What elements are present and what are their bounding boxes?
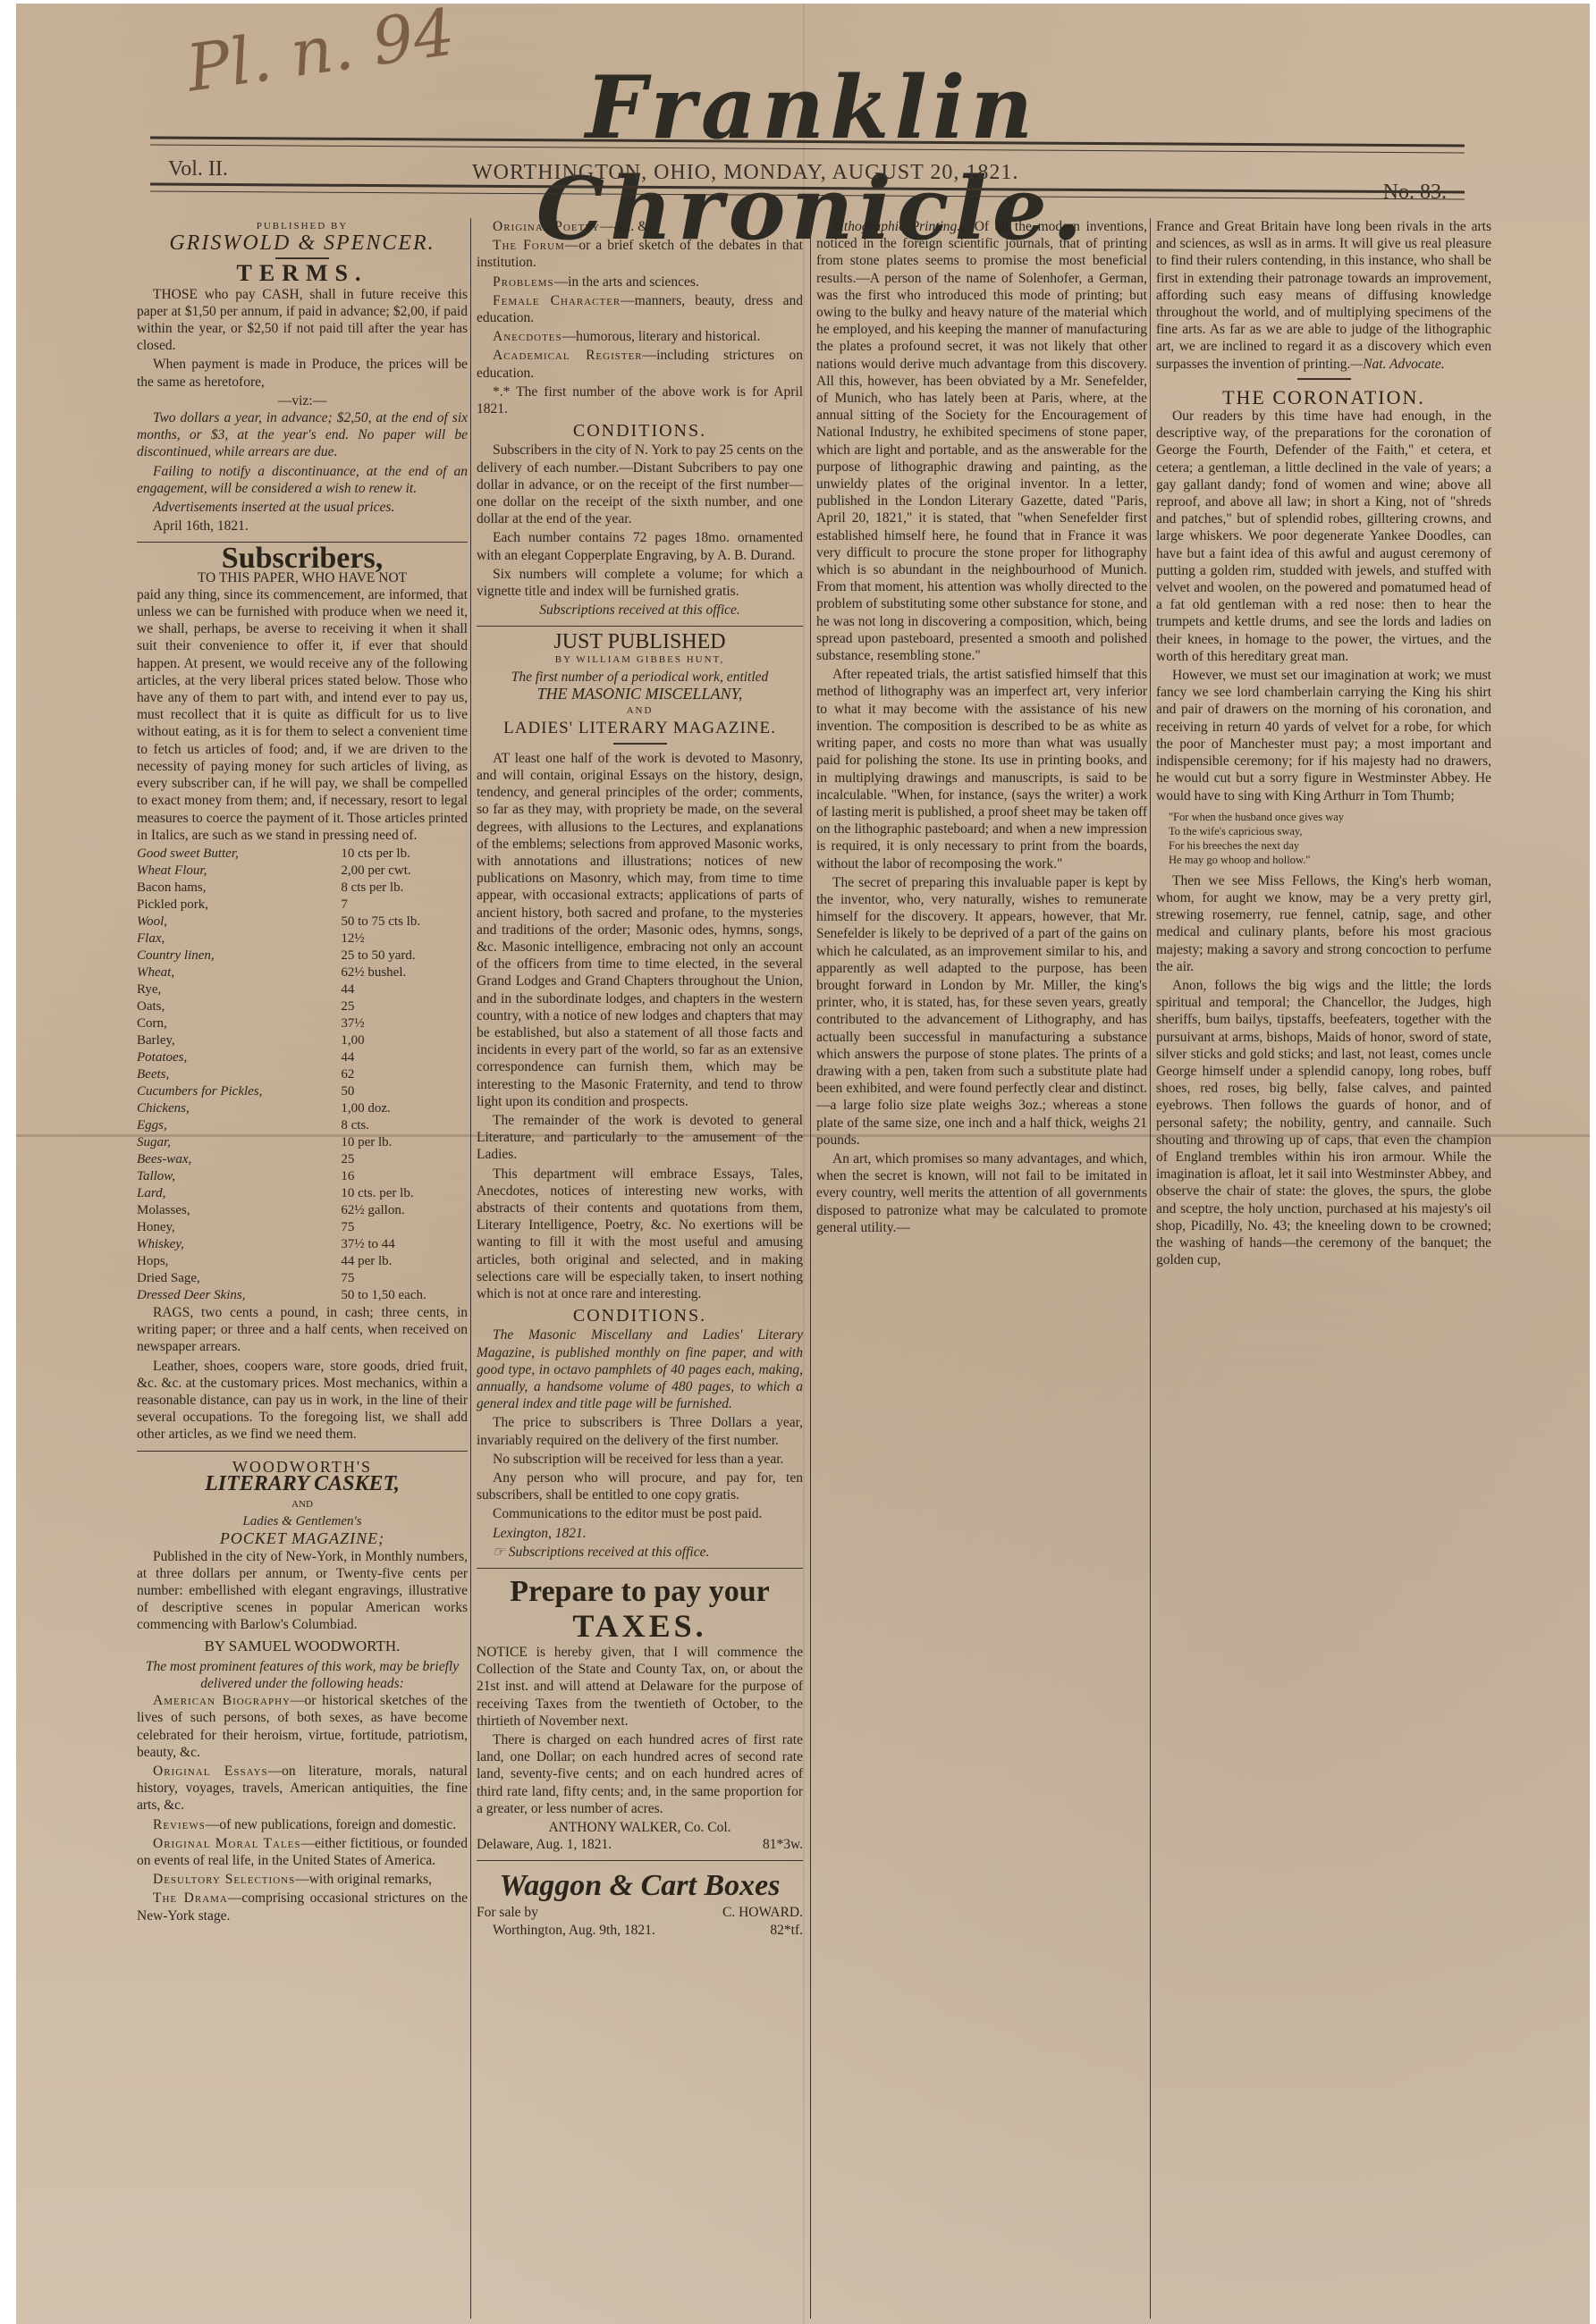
lithography-text: —Of all the modern inventions, noticed i… xyxy=(816,219,1147,663)
lithography-paragraph: The secret of preparing this invaluable … xyxy=(816,874,1147,1149)
terms-date: April 16th, 1821. xyxy=(137,518,468,535)
price-item: Dried Sage, xyxy=(137,1270,305,1287)
price-value: 7 xyxy=(305,897,468,914)
price-value: 50 xyxy=(305,1083,468,1100)
subscribers-paragraph: paid any thing, since its commencement, … xyxy=(137,586,468,844)
price-value: 8 cts per lb. xyxy=(305,880,468,897)
terms-heading: TERMS. xyxy=(137,265,468,282)
price-value: 75 xyxy=(305,1219,468,1236)
price-item: Wheat Flour, xyxy=(137,863,305,880)
price-item: Bacon hams, xyxy=(137,880,305,897)
price-row: Flax,12½ xyxy=(137,930,468,947)
price-row: Molasses,62½ gallon. xyxy=(137,1202,468,1219)
feature-text: —with original remarks, xyxy=(295,1872,432,1887)
masonic-paragraph: The remainder of the work is devoted to … xyxy=(477,1112,803,1164)
feature-item: Problems—in the arts and sciences. xyxy=(477,274,803,290)
waggon-seller: C. HOWARD. xyxy=(722,1904,803,1921)
magazine-title: LADIES' LITERARY MAGAZINE. xyxy=(477,720,803,737)
price-row: Rye,44 xyxy=(137,981,468,998)
terms-paragraph: THOSE who pay CASH, shall in future rece… xyxy=(137,286,468,355)
feature-item: Anecdotes—humorous, literary and histori… xyxy=(477,328,803,345)
feature-label: Original Poetry xyxy=(493,219,600,234)
column-3: Lithographic Printing.—Of all the modern… xyxy=(816,218,1147,1238)
price-row: Bacon hams,8 cts per lb. xyxy=(137,880,468,897)
coronation-paragraph: Then we see Miss Fellows, the King's her… xyxy=(1156,872,1491,975)
column-4: France and Great Britain have long been … xyxy=(1156,218,1491,1270)
poem-line: He may go whoop and hollow." xyxy=(1169,853,1491,867)
lithography-paragraph: An art, which promises so many advantage… xyxy=(816,1150,1147,1236)
price-item: Sugar, xyxy=(137,1134,305,1151)
rags-paragraph: RAGS, two cents a pound, in cash; three … xyxy=(137,1304,468,1356)
first-number-note: *.* The first number of the above work i… xyxy=(477,383,803,417)
price-row: Wool,50 to 75 cts lb. xyxy=(137,914,468,930)
price-item: Oats, xyxy=(137,998,305,1015)
feature-item: The Forum—or a brief sketch of the debat… xyxy=(477,237,803,271)
masonic-title: THE MASONIC MISCELLANY, xyxy=(477,686,803,703)
price-item: Whiskey, xyxy=(137,1236,305,1253)
price-value: 2,00 per cwt. xyxy=(305,863,468,880)
price-value: 10 cts per lb. xyxy=(305,846,468,863)
price-item: Pickled pork, xyxy=(137,897,305,914)
price-item: Lard, xyxy=(137,1185,305,1202)
price-value: 10 per lb. xyxy=(305,1134,468,1151)
waggon-seller-line: For sale by C. HOWARD. xyxy=(477,1904,803,1921)
price-value: 62 xyxy=(305,1066,468,1083)
price-value: 25 xyxy=(305,1151,468,1168)
feature-list: American Biography—or historical sketche… xyxy=(137,1692,468,1924)
just-published-heading: JUST PUBLISHED xyxy=(477,634,803,651)
price-value: 50 to 1,50 each. xyxy=(305,1287,468,1304)
price-item: Wool, xyxy=(137,914,305,930)
price-item: Potatoes, xyxy=(137,1049,305,1066)
conditions-paragraph: Each number contains 72 pages 18mo. orna… xyxy=(477,529,803,563)
casket-and: AND xyxy=(137,1496,468,1513)
feature-text: —&c. &c. xyxy=(600,219,658,234)
column-1: PUBLISHED BY GRISWOLD & SPENCER. TERMS. … xyxy=(137,218,468,1926)
taxes-signature-place: Delaware, Aug. 1, 1821. xyxy=(477,1836,612,1853)
ornament-divider xyxy=(613,743,667,745)
coronation-paragraph: However, we must set our imagination at … xyxy=(1156,667,1491,804)
waggon-sale-label: For sale by xyxy=(477,1904,538,1921)
price-row: Oats,25 xyxy=(137,998,468,1015)
price-value: 75 xyxy=(305,1270,468,1287)
price-item: Hops, xyxy=(137,1253,305,1270)
conditions-paragraph: Six numbers will complete a volume; for … xyxy=(477,566,803,600)
taxes-signature-code: 81*3w. xyxy=(763,1836,803,1853)
feature-text: —humorous, literary and historical. xyxy=(562,329,761,344)
feature-item: Original Poetry—&c. &c. xyxy=(477,218,803,235)
price-value: 10 cts. per lb. xyxy=(305,1185,468,1202)
feature-item: Academical Register—including strictures… xyxy=(477,347,803,381)
feature-item: Female Character—manners, beauty, dress … xyxy=(477,292,803,326)
price-item: Barley, xyxy=(137,1032,305,1049)
price-row: Whiskey,37½ to 44 xyxy=(137,1236,468,1253)
price-row: Wheat Flour,2,00 per cwt. xyxy=(137,863,468,880)
price-item: Tallow, xyxy=(137,1168,305,1185)
lithography-title: Lithographic Printing. xyxy=(832,219,960,234)
taxes-heading-1: Prepare to pay your xyxy=(477,1576,803,1608)
price-row: Wheat,62½ bushel. xyxy=(137,964,468,981)
just-published-by: BY WILLIAM GIBBES HUNT, xyxy=(477,652,803,669)
price-item: Corn, xyxy=(137,1015,305,1032)
price-item: Eggs, xyxy=(137,1117,305,1134)
paper-fold xyxy=(803,4,805,2324)
feature-item: Reviews—of new publications, foreign and… xyxy=(137,1816,468,1833)
price-item: Country linen, xyxy=(137,947,305,964)
subscribers-heading: Subscribers, xyxy=(137,550,468,567)
price-row: Lard,10 cts. per lb. xyxy=(137,1185,468,1202)
feature-label: Anecdotes xyxy=(493,329,562,344)
price-row: Dried Sage,75 xyxy=(137,1270,468,1287)
price-value: 62½ bushel. xyxy=(305,964,468,981)
price-item: Dressed Deer Skins, xyxy=(137,1287,305,1304)
price-row: Chickens,1,00 doz. xyxy=(137,1100,468,1117)
price-row: Eggs,8 cts. xyxy=(137,1117,468,1134)
subscriptions-note: Subscriptions received at this office. xyxy=(477,602,803,619)
masonic-paragraph: This department will embrace Essays, Tal… xyxy=(477,1166,803,1303)
taxes-signature-line: Delaware, Aug. 1, 1821. 81*3w. xyxy=(477,1836,803,1853)
terms-paragraph: Two dollars a year, in advance; $2,50, a… xyxy=(137,409,468,461)
terms-paragraph: Advertisements inserted at the usual pri… xyxy=(137,499,468,516)
price-row: Beets,62 xyxy=(137,1066,468,1083)
place-date: WORTHINGTON, OHIO, MONDAY, AUGUST 20, 18… xyxy=(472,161,1018,185)
ornament-divider xyxy=(275,257,329,259)
price-item: Good sweet Butter, xyxy=(137,846,305,863)
leather-paragraph: Leather, shoes, coopers ware, store good… xyxy=(137,1358,468,1444)
price-row: Bees-wax,25 xyxy=(137,1151,468,1168)
price-item: Beets, xyxy=(137,1066,305,1083)
conditions-heading: CONDITIONS. xyxy=(477,423,803,440)
feature-item: American Biography—or historical sketche… xyxy=(137,1692,468,1761)
taxes-paragraph: There is charged on each hundred acres o… xyxy=(477,1731,803,1817)
terms-paragraph: Failing to notify a discontinuance, at t… xyxy=(137,463,468,497)
masonic-place: Lexington, 1821. xyxy=(477,1525,803,1542)
feature-label: American Biography xyxy=(153,1693,291,1708)
feature-item: The Drama—comprising occasional strictur… xyxy=(137,1890,468,1924)
feature-label: The Forum xyxy=(493,238,565,253)
waggon-date-line: Worthington, Aug. 9th, 1821. 82*tf. xyxy=(477,1922,803,1939)
masonic-conditions-paragraph: No subscription will be received for les… xyxy=(477,1451,803,1468)
masonic-and: AND xyxy=(477,703,803,720)
section-rule xyxy=(477,626,803,627)
waggon-code: 82*tf. xyxy=(770,1922,803,1939)
price-item: Chickens, xyxy=(137,1100,305,1117)
publishers-name: GRISWOLD & SPENCER. xyxy=(137,235,468,252)
poem-line: To the wife's capricious sway, xyxy=(1169,824,1491,838)
feature-label: Reviews xyxy=(153,1817,206,1832)
casket-features: The most prominent features of this work… xyxy=(137,1658,468,1692)
lithography-continued-text: France and Great Britain have long been … xyxy=(1156,219,1491,372)
just-published-intro: The first number of a periodical work, e… xyxy=(477,669,803,686)
price-value: 16 xyxy=(305,1168,468,1185)
column-2: Original Poetry—&c. &c.The Forum—or a br… xyxy=(477,218,803,1939)
subscribers-lead: TO THIS PAPER, WHO HAVE NOT xyxy=(137,569,468,586)
poem-line: For his breeches the next day xyxy=(1169,838,1491,853)
waggon-place: Worthington, Aug. 9th, 1821. xyxy=(477,1922,655,1939)
casket-heading-3: Ladies & Gentlemen's xyxy=(137,1513,468,1530)
lithography-article: Lithographic Printing.—Of all the modern… xyxy=(816,218,1147,664)
price-row: Hops,44 per lb. xyxy=(137,1253,468,1270)
price-row: Dressed Deer Skins,50 to 1,50 each. xyxy=(137,1287,468,1304)
feature-text: —of new publications, foreign and domest… xyxy=(206,1817,456,1832)
feature-label: Original Moral Tales xyxy=(153,1836,301,1851)
price-value: 37½ xyxy=(305,1015,468,1032)
coronation-paragraph: Our readers by this time have had enough… xyxy=(1156,408,1491,665)
feature-item: Original Essays—on literature, morals, n… xyxy=(137,1763,468,1815)
price-value: 50 to 75 cts lb. xyxy=(305,914,468,930)
price-item: Flax, xyxy=(137,930,305,947)
column-divider xyxy=(810,218,811,2319)
taxes-heading-2: TAXES. xyxy=(477,1608,803,1644)
casket-paragraph: Published in the city of New-York, in Mo… xyxy=(137,1548,468,1634)
section-rule xyxy=(477,1568,803,1569)
price-row: Corn,37½ xyxy=(137,1015,468,1032)
source-attribution: —Nat. Advocate. xyxy=(1350,357,1444,372)
price-value: 44 per lb. xyxy=(305,1253,468,1270)
masonic-paragraph: AT least one half of the work is devoted… xyxy=(477,750,803,1110)
price-row: Pickled pork,7 xyxy=(137,897,468,914)
viz-label: —viz:— xyxy=(137,392,468,409)
price-item: Honey, xyxy=(137,1219,305,1236)
waggon-heading: Waggon & Cart Boxes xyxy=(477,1868,803,1904)
casket-heading-2: LITERARY CASKET, xyxy=(137,1476,468,1493)
feature-label: The Drama xyxy=(153,1890,228,1906)
price-item: Rye, xyxy=(137,981,305,998)
casket-author: BY SAMUEL WOODWORTH. xyxy=(137,1638,468,1655)
price-row: Country linen,25 to 50 yard. xyxy=(137,947,468,964)
masonic-conditions-paragraph: The price to subscribers is Three Dollar… xyxy=(477,1414,803,1448)
section-rule xyxy=(137,1451,468,1452)
column-divider xyxy=(470,218,471,2319)
poem-quote: "For when the husband once gives wayTo t… xyxy=(1169,810,1491,867)
price-value: 8 cts. xyxy=(305,1117,468,1134)
feature-text: —in the arts and sciences. xyxy=(554,274,699,290)
price-value: 25 to 50 yard. xyxy=(305,947,468,964)
casket-heading-4: POCKET MAGAZINE; xyxy=(137,1530,468,1547)
price-row: Barley,1,00 xyxy=(137,1032,468,1049)
masonic-conditions-paragraph: Any person who will procure, and pay for… xyxy=(477,1469,803,1503)
masonic-conditions-heading: CONDITIONS. xyxy=(477,1308,803,1325)
conditions-paragraph: Subscribers in the city of N. York to pa… xyxy=(477,442,803,527)
price-row: Tallow,16 xyxy=(137,1168,468,1185)
feature-item: Desultory Selections—with original remar… xyxy=(137,1871,468,1888)
masonic-conditions-paragraph: The Masonic Miscellany and Ladies' Liter… xyxy=(477,1326,803,1412)
feature-item: Original Moral Tales—either fictitious, … xyxy=(137,1835,468,1869)
price-value: 1,00 doz. xyxy=(305,1100,468,1117)
volume-label: Vol. II. xyxy=(168,157,228,181)
coronation-paragraph: Anon, follows the big wigs and the littl… xyxy=(1156,977,1491,1268)
lithography-paragraph: After repeated trials, the artist satisf… xyxy=(816,666,1147,871)
price-row: Potatoes,44 xyxy=(137,1049,468,1066)
feature-label: Original Essays xyxy=(153,1764,268,1779)
column-divider xyxy=(1150,218,1151,2319)
price-value: 44 xyxy=(305,981,468,998)
taxes-notice: NOTICE is hereby given, that I will comm… xyxy=(477,1644,803,1730)
feature-label: Desultory Selections xyxy=(153,1872,295,1887)
price-item: Cucumbers for Pickles, xyxy=(137,1083,305,1100)
ornament-divider xyxy=(1297,378,1351,380)
price-row: Cucumbers for Pickles,50 xyxy=(137,1083,468,1100)
price-item: Wheat, xyxy=(137,964,305,981)
feature-label: Female Character xyxy=(493,293,621,308)
price-value: 62½ gallon. xyxy=(305,1202,468,1219)
price-list: Good sweet Butter,10 cts per lb.Wheat Fl… xyxy=(137,846,468,1304)
section-rule xyxy=(477,1860,803,1861)
price-row: Good sweet Butter,10 cts per lb. xyxy=(137,846,468,863)
poem-line: "For when the husband once gives way xyxy=(1169,810,1491,824)
price-item: Bees-wax, xyxy=(137,1151,305,1168)
feature-label: Academical Register xyxy=(493,348,643,363)
coronation-heading: THE CORONATION. xyxy=(1156,389,1491,406)
masonic-subscriptions-note: ☞ Subscriptions received at this office. xyxy=(477,1544,803,1561)
terms-paragraph: When payment is made in Produce, the pri… xyxy=(137,356,468,390)
taxes-signature: ANTHONY WALKER, Co. Col. xyxy=(477,1819,803,1836)
price-item: Molasses, xyxy=(137,1202,305,1219)
lithography-continued: France and Great Britain have long been … xyxy=(1156,218,1491,373)
price-row: Honey,75 xyxy=(137,1219,468,1236)
price-value: 12½ xyxy=(305,930,468,947)
price-value: 37½ to 44 xyxy=(305,1236,468,1253)
price-value: 1,00 xyxy=(305,1032,468,1049)
price-value: 44 xyxy=(305,1049,468,1066)
newspaper-page: Pl. n. 94 Franklin Chronicle. Vol. II. W… xyxy=(16,4,1590,2324)
price-value: 25 xyxy=(305,998,468,1015)
feature-label: Problems xyxy=(493,274,554,290)
price-row: Sugar,10 per lb. xyxy=(137,1134,468,1151)
feature-list: Original Poetry—&c. &c.The Forum—or a br… xyxy=(477,218,803,382)
masonic-conditions-paragraph: Communications to the editor must be pos… xyxy=(477,1505,803,1522)
